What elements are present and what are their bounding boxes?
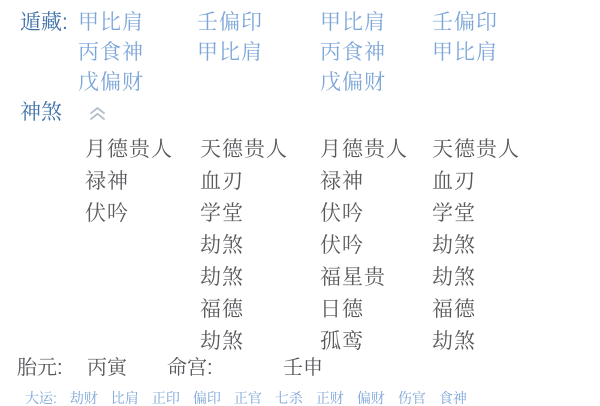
- hidden-stem-item: 甲比肩: [78, 8, 197, 38]
- shensha-col-1: 月德贵人禄神伏吟: [85, 134, 200, 358]
- hidden-stem-item: 壬偏印: [197, 8, 320, 38]
- hidden-stem-item: 壬偏印: [432, 8, 542, 38]
- shensha-col-2: 天德贵人血刃学堂劫煞劫煞福德劫煞: [200, 134, 320, 358]
- shensha-item: 伏吟: [320, 230, 432, 262]
- shensha-item: 福德: [200, 294, 320, 326]
- minggong-label: 命宫:: [167, 355, 283, 382]
- shensha-item: 劫煞: [432, 326, 547, 358]
- hidden-stem-item: 丙食神: [78, 38, 197, 68]
- luck-pillar-item: 大运:: [25, 390, 57, 400]
- shensha-item: 禄神: [320, 166, 432, 198]
- luck-pillar-item: 七杀: [275, 390, 303, 400]
- shensha-item: 伏吟: [85, 198, 200, 230]
- hidden-stem-item: 戊偏财: [78, 68, 197, 98]
- shensha-item: 福德: [432, 294, 547, 326]
- minggong-value: 壬申: [283, 355, 363, 382]
- hidden-stems-col-3: 甲比肩丙食神戊偏财: [320, 8, 432, 98]
- luck-pillar-item: 伤官: [398, 390, 426, 400]
- luck-pillar-item: 正财: [316, 390, 344, 400]
- shensha-label: 神煞: [20, 100, 62, 126]
- shensha-item: 学堂: [200, 198, 320, 230]
- shensha-item: 孤鸾: [320, 326, 432, 358]
- luck-pillar-item: 食神: [439, 390, 467, 400]
- shensha-item: 劫煞: [432, 230, 547, 262]
- luck-pillars-row-clipped: 大运:劫财比肩正印偏印正官七杀正财偏财伤官食神: [25, 390, 467, 400]
- shensha-item: 天德贵人: [200, 134, 320, 166]
- hidden-stem-item: 甲比肩: [320, 8, 432, 38]
- hidden-stem-item: 丙食神: [320, 38, 432, 68]
- shensha-item: 月德贵人: [85, 134, 200, 166]
- hidden-stem-item: 甲比肩: [197, 38, 320, 68]
- shensha-col-4: 天德贵人血刃学堂劫煞劫煞福德劫煞: [432, 134, 547, 358]
- hidden-stems-columns: 甲比肩丙食神戊偏财 壬偏印甲比肩 甲比肩丙食神戊偏财 壬偏印甲比肩: [78, 8, 542, 98]
- chevron-double-up-icon[interactable]: [88, 106, 107, 121]
- luck-pillar-item: 比肩: [111, 390, 139, 400]
- fate-palaces-row: 胎元: 丙寅 命宫: 壬申: [17, 355, 363, 382]
- luck-pillar-item: 劫财: [70, 390, 98, 400]
- shensha-item: 劫煞: [200, 262, 320, 294]
- hidden-stems-col-2: 壬偏印甲比肩: [197, 8, 320, 98]
- shensha-item: 劫煞: [432, 262, 547, 294]
- hidden-stems-col-4: 壬偏印甲比肩: [432, 8, 542, 98]
- shensha-item: 血刃: [200, 166, 320, 198]
- taiyuan-value: 丙寅: [87, 355, 167, 382]
- shensha-item: 劫煞: [200, 326, 320, 358]
- luck-pillar-item: 偏印: [193, 390, 221, 400]
- hidden-stem-item: 戊偏财: [320, 68, 432, 98]
- hidden-stems-col-1: 甲比肩丙食神戊偏财: [78, 8, 197, 98]
- shensha-item: 劫煞: [200, 230, 320, 262]
- shensha-header: 神煞: [20, 100, 107, 126]
- shensha-item: 血刃: [432, 166, 547, 198]
- luck-pillar-item: 正印: [152, 390, 180, 400]
- luck-pillar-item: 偏财: [357, 390, 385, 400]
- shensha-item: 日德: [320, 294, 432, 326]
- shensha-item: 月德贵人: [320, 134, 432, 166]
- hidden-stems-row: 遁藏: 甲比肩丙食神戊偏财 壬偏印甲比肩 甲比肩丙食神戊偏财 壬偏印甲比肩: [20, 8, 542, 98]
- shensha-col-3: 月德贵人禄神伏吟伏吟福星贵日德孤鸾: [320, 134, 432, 358]
- hidden-stem-item: 甲比肩: [432, 38, 542, 68]
- shensha-item: 学堂: [432, 198, 547, 230]
- taiyuan-label: 胎元:: [17, 355, 87, 382]
- shensha-item: 福星贵: [320, 262, 432, 294]
- shensha-item: 禄神: [85, 166, 200, 198]
- shensha-grid: 月德贵人禄神伏吟 天德贵人血刃学堂劫煞劫煞福德劫煞 月德贵人禄神伏吟伏吟福星贵日…: [85, 134, 547, 358]
- hidden-stems-label: 遁藏:: [20, 8, 78, 38]
- shensha-item: 伏吟: [320, 198, 432, 230]
- luck-pillar-item: 正官: [234, 390, 262, 400]
- shensha-item: 天德贵人: [432, 134, 547, 166]
